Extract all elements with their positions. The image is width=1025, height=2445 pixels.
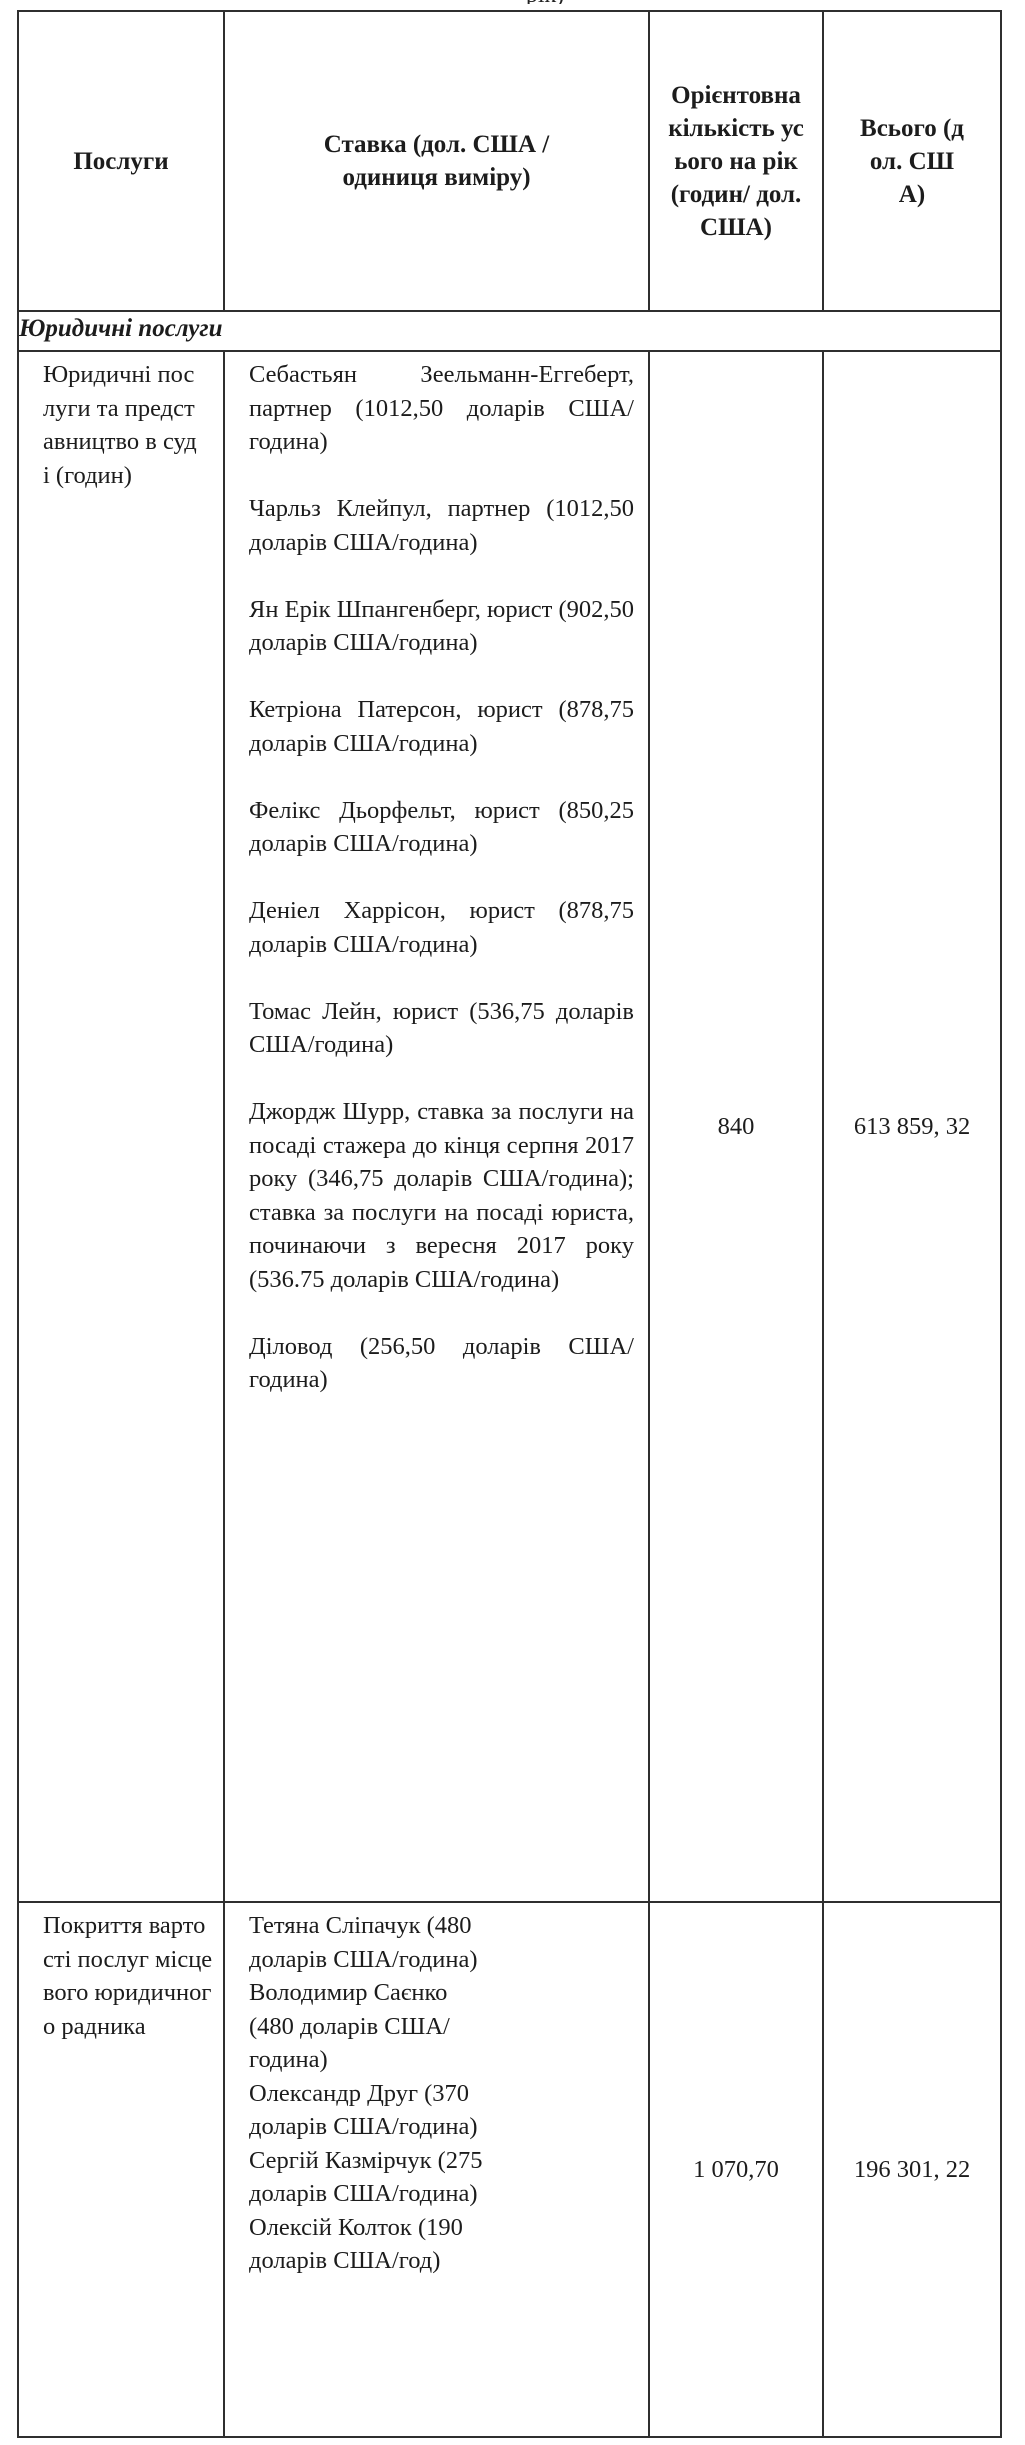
header-rate: Ставка (дол. США / одиниця виміру) (224, 11, 649, 311)
rate-entry: Томас Лейн, юрист (536,75 доларів США/го… (249, 995, 634, 1062)
header-total: Всього (дол. США) (823, 11, 1001, 311)
estimated-quantity: 1 070,70 (649, 1902, 823, 2437)
rate-entry: Олександр Друг (370 доларів США/година) (249, 2077, 498, 2144)
rate-entry: Себастьян Зеельманн-Еггеберт, партнер (1… (249, 358, 634, 459)
rate-entry: Деніел Харрісон, юрист (878,75 доларів С… (249, 894, 634, 961)
rate-entry: Джордж Шурр, ставка за послуги на посаді… (249, 1095, 634, 1296)
rate-entry: Тетяна Сліпачук (480 доларів США/година) (249, 1909, 498, 1976)
rate-entry: Ян Ерік Шпангенберг, юрист (902,50 долар… (249, 593, 634, 660)
service-name: Юридичні послуги та представництво в суд… (18, 351, 224, 1902)
estimated-quantity: 840 (649, 351, 823, 1902)
rate-entry: Діловод (256,50 доларів США/година) (249, 1330, 634, 1397)
previous-page-fragment: рік) (470, 0, 620, 4)
table-row: Юридичні послуги та представництво в суд… (18, 351, 1001, 1902)
rate-entry: Чарльз Клейпул, партнер (1012,50 доларів… (249, 492, 634, 559)
rate-entry: Володимир Саєнко (480 доларів США/година… (249, 1976, 498, 2077)
rate-list: Себастьян Зеельманн-Еггеберт, партнер (1… (224, 351, 649, 1902)
rate-entry: Олексій Колток (190 доларів США/год) (249, 2211, 498, 2278)
rate-entry: Кетріона Патерсон, юрист (878,75 доларів… (249, 693, 634, 760)
rate-list: Тетяна Сліпачук (480 доларів США/година)… (224, 1902, 649, 2437)
header-estimated-quantity: Орієнтовна кількість усього на рік (годи… (649, 11, 823, 311)
total-amount: 196 301, 22 (823, 1902, 1001, 2437)
table-row: Покриття вартості послуг місцевого юриди… (18, 1902, 1001, 2437)
rate-entry: Фелікс Дьорфельт, юрист (850,25 доларів … (249, 794, 634, 861)
table-header-row: Послуги Ставка (дол. США / одиниця вимір… (18, 11, 1001, 311)
total-amount: 613 859, 32 (823, 351, 1001, 1902)
header-services: Послуги (18, 11, 224, 311)
services-cost-table: Послуги Ставка (дол. США / одиниця вимір… (17, 10, 1002, 2438)
section-title: Юридичні послуги (18, 311, 1001, 351)
service-name: Покриття вартості послуг місцевого юриди… (18, 1902, 224, 2437)
rate-entry: Сергій Казмірчук (275 доларів США/година… (249, 2144, 498, 2211)
section-row-legal-services: Юридичні послуги (18, 311, 1001, 351)
